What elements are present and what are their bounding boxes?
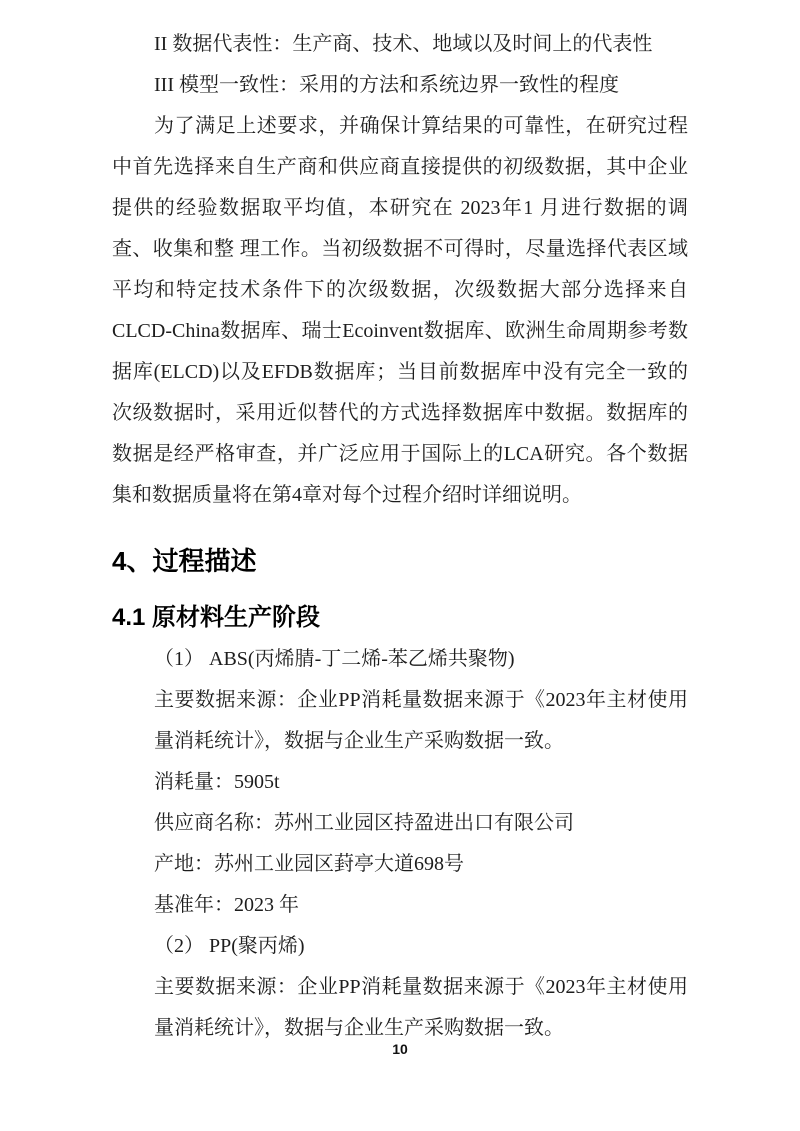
material-detail-list: （1） ABS(丙烯腈-丁二烯-苯乙烯共聚物) 主要数据来源：企业PP消耗量数据… — [112, 639, 688, 1049]
item-abs-supplier: 供应商名称：苏州工业园区持盈进出口有限公司 — [154, 803, 688, 844]
section-heading-process-description: 4、过程描述 — [112, 546, 688, 577]
criteria-line-model-consistency: III 模型一致性：采用的方法和系统边界一致性的程度 — [112, 65, 688, 106]
subsection-heading-raw-material-stage: 4.1 原材料生产阶段 — [112, 604, 688, 633]
document-page: II 数据代表性：生产商、技术、地域以及时间上的代表性 III 模型一致性：采用… — [0, 0, 800, 1131]
page-number: 10 — [0, 1041, 800, 1057]
item-abs-origin: 产地：苏州工业园区葑亭大道698号 — [154, 844, 688, 885]
data-collection-paragraph: 为了满足上述要求，并确保计算结果的可靠性，在研究过程中首先选择来自生产商和供应商… — [112, 106, 688, 516]
criteria-line-data-representativeness: II 数据代表性：生产商、技术、地域以及时间上的代表性 — [112, 24, 688, 65]
item-pp-title: （2） PP(聚丙烯) — [154, 926, 688, 967]
item-abs-title: （1） ABS(丙烯腈-丁二烯-苯乙烯共聚物) — [154, 639, 688, 680]
item-abs-consumption: 消耗量：5905t — [154, 762, 688, 803]
item-abs-data-source: 主要数据来源：企业PP消耗量数据来源于《2023年主材使用量消耗统计》，数据与企… — [154, 680, 688, 762]
item-abs-base-year: 基准年：2023 年 — [154, 885, 688, 926]
page-content: II 数据代表性：生产商、技术、地域以及时间上的代表性 III 模型一致性：采用… — [0, 0, 800, 1049]
item-pp-data-source: 主要数据来源：企业PP消耗量数据来源于《2023年主材使用量消耗统计》，数据与企… — [154, 967, 688, 1049]
